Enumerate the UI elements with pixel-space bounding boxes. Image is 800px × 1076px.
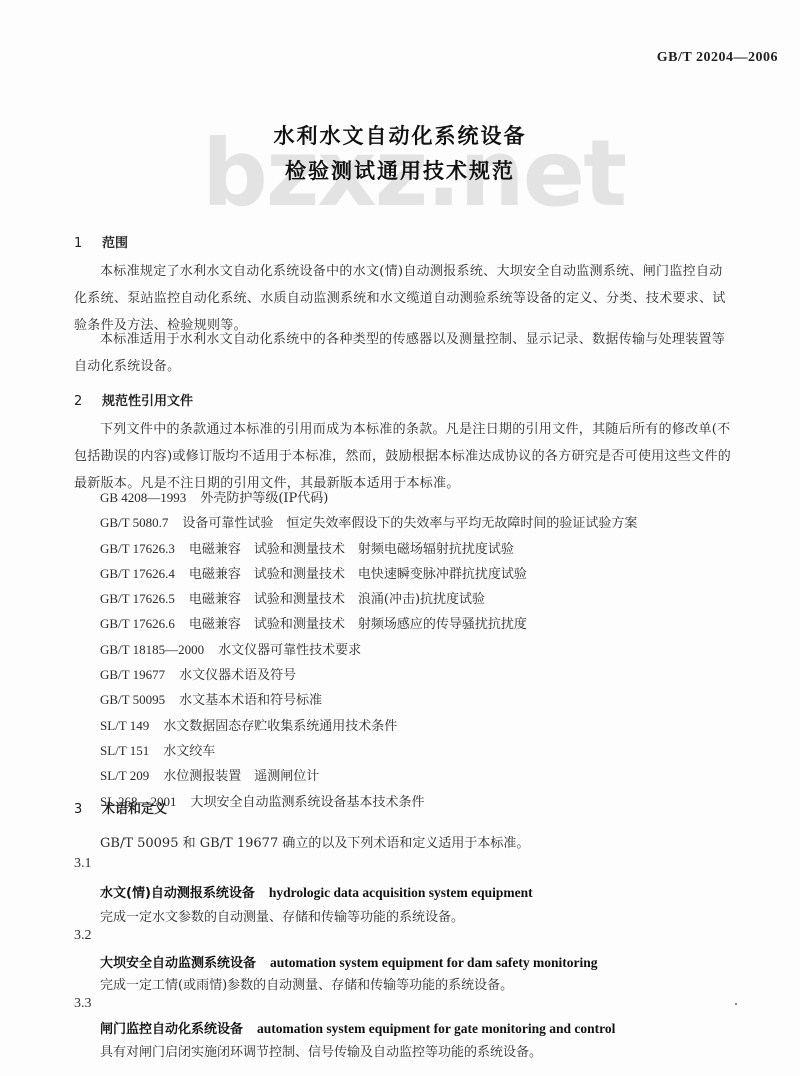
reference-title: 外壳防护等级(IP代码) (200, 491, 328, 506)
reference-code: GB/T 50095 (100, 688, 165, 712)
reference-item: GB/T 50095水文基本术语和符号标准 (100, 688, 637, 713)
term-number: 3.1 (74, 856, 92, 872)
reference-title: 水文仪器可靠性技术要求 (218, 643, 361, 658)
reference-title: 大坝安全自动监测系统设备基本技术条件 (190, 795, 424, 810)
reference-code: GB/T 5080.7 (100, 511, 168, 535)
reference-item: GB/T 18185—2000水文仪器可靠性技术要求 (100, 638, 637, 663)
reference-item: SL 268—2001大坝安全自动监测系统设备基本技术条件 (100, 790, 637, 815)
standard-code: GB/T 20204—2006 (657, 50, 778, 66)
reference-title: 电磁兼容 试验和测量技术 射频电磁场辐射抗扰度试验 (189, 542, 514, 557)
references-intro-paragraph: 下列文件中的条款通过本标准的引用而成为本标准的条款。凡是注日期的引用文件，其随后… (74, 416, 734, 497)
section-title: 规范性引用文件 (102, 394, 193, 409)
document-page: GB/T 20204—2006 bzxz.net 水利水文自动化系统设备 检验测… (0, 0, 800, 1076)
reference-item: SL/T 149水文数据固态存贮收集系统通用技术条件 (100, 714, 637, 739)
reference-title: 水文数据固态存贮收集系统通用技术条件 (163, 719, 397, 734)
reference-title: 水文绞车 (163, 744, 215, 759)
reference-title: 水位测报装置 遥测闸位计 (163, 769, 319, 784)
term-definition: 完成一定水文参数的自动测量、存储和传输等功能的系统设备。 (100, 906, 464, 925)
reference-title: 水文仪器术语及符号 (179, 668, 296, 683)
term-definition: 完成一定工情(或雨情)参数的自动测量、存储和传输等功能的系统设备。 (100, 974, 513, 993)
term-title: 水文(情)自动测报系统设备hydrologic data acquisition… (100, 882, 533, 901)
reference-code: SL/T 149 (100, 714, 149, 738)
reference-item: GB/T 17626.5电磁兼容 试验和测量技术 浪涌(冲击)抗扰度试验 (100, 587, 637, 612)
term-definition: 具有对闸门启闭实施闭环调节控制、信号传输及自动监控等功能的系统设备。 (100, 1041, 542, 1060)
section-title: 范围 (102, 236, 128, 251)
reference-code: GB/T 17626.6 (100, 612, 175, 636)
section-number: 2 (74, 394, 102, 409)
reference-code: GB/T 17626.4 (100, 562, 175, 586)
section-number: 3 (74, 802, 102, 817)
reference-item: SL/T 209水位测报装置 遥测闸位计 (100, 764, 637, 789)
reference-item: GB/T 19677水文仪器术语及符号 (100, 663, 637, 688)
reference-code: GB/T 18185—2000 (100, 638, 204, 662)
reference-item: GB/T 17626.3电磁兼容 试验和测量技术 射频电磁场辐射抗扰度试验 (100, 537, 637, 562)
reference-item: SL/T 151水文绞车 (100, 739, 637, 764)
reference-code: GB/T 17626.3 (100, 537, 175, 561)
reference-item: GB/T 17626.6电磁兼容 试验和测量技术 射频场感应的传导骚扰抗扰度 (100, 612, 637, 637)
reference-title: 电磁兼容 试验和测量技术 射频场感应的传导骚扰抗扰度 (189, 617, 527, 632)
term-number: 3.2 (74, 928, 92, 944)
scan-speck (735, 1003, 737, 1005)
terms-intro: GB/T 50095 和 GB/T 19677 确立的以及下列术语和定义适用于本… (100, 832, 529, 851)
term-title: 大坝安全自动监测系统设备automation system equipment … (100, 952, 598, 971)
section-heading-normative-references: 2规范性引用文件 (74, 390, 193, 409)
section-title: 术语和定义 (102, 802, 167, 817)
reference-title: 设备可靠性试验 恒定失效率假设下的失效率与平均无故障时间的验证试验方案 (182, 516, 637, 531)
reference-code: SL/T 209 (100, 764, 149, 788)
term-number: 3.3 (74, 996, 92, 1012)
reference-item: GB/T 17626.4电磁兼容 试验和测量技术 电快速瞬变脉冲群抗扰度试验 (100, 562, 637, 587)
term-title-en: hydrologic data acquisition system equip… (269, 885, 533, 900)
reference-code: SL/T 151 (100, 739, 149, 763)
section-heading-terms-definitions: 3术语和定义 (74, 798, 167, 817)
section-heading-scope: 1范围 (74, 232, 128, 251)
term-title-en: automation system equipment for gate mon… (257, 1021, 615, 1036)
document-title-line2: 检验测试通用技术规范 (0, 155, 800, 185)
term-title-en: automation system equipment for dam safe… (270, 955, 598, 970)
scope-paragraph-2: 本标准适用于水利水文自动化系统中的各种类型的传感器以及测量控制、显示记录、数据传… (74, 326, 734, 380)
term-title-zh: 水文(情)自动测报系统设备 (100, 886, 255, 901)
reference-code: GB 4208—1993 (100, 486, 186, 510)
section-number: 1 (74, 236, 102, 251)
reference-list: GB 4208—1993外壳防护等级(IP代码) GB/T 5080.7设备可靠… (100, 486, 637, 815)
term-title: 闸门监控自动化系统设备automation system equipment f… (100, 1018, 615, 1037)
term-title-zh: 闸门监控自动化系统设备 (100, 1022, 243, 1037)
reference-title: 电磁兼容 试验和测量技术 电快速瞬变脉冲群抗扰度试验 (189, 567, 527, 582)
reference-code: GB/T 17626.5 (100, 587, 175, 611)
reference-title: 水文基本术语和符号标准 (179, 693, 322, 708)
term-title-zh: 大坝安全自动监测系统设备 (100, 956, 256, 971)
reference-code: GB/T 19677 (100, 663, 165, 687)
document-title-line1: 水利水文自动化系统设备 (0, 120, 800, 150)
reference-title: 电磁兼容 试验和测量技术 浪涌(冲击)抗扰度试验 (189, 592, 485, 607)
reference-item: GB/T 5080.7设备可靠性试验 恒定失效率假设下的失效率与平均无故障时间的… (100, 511, 637, 536)
reference-item: GB 4208—1993外壳防护等级(IP代码) (100, 486, 637, 511)
